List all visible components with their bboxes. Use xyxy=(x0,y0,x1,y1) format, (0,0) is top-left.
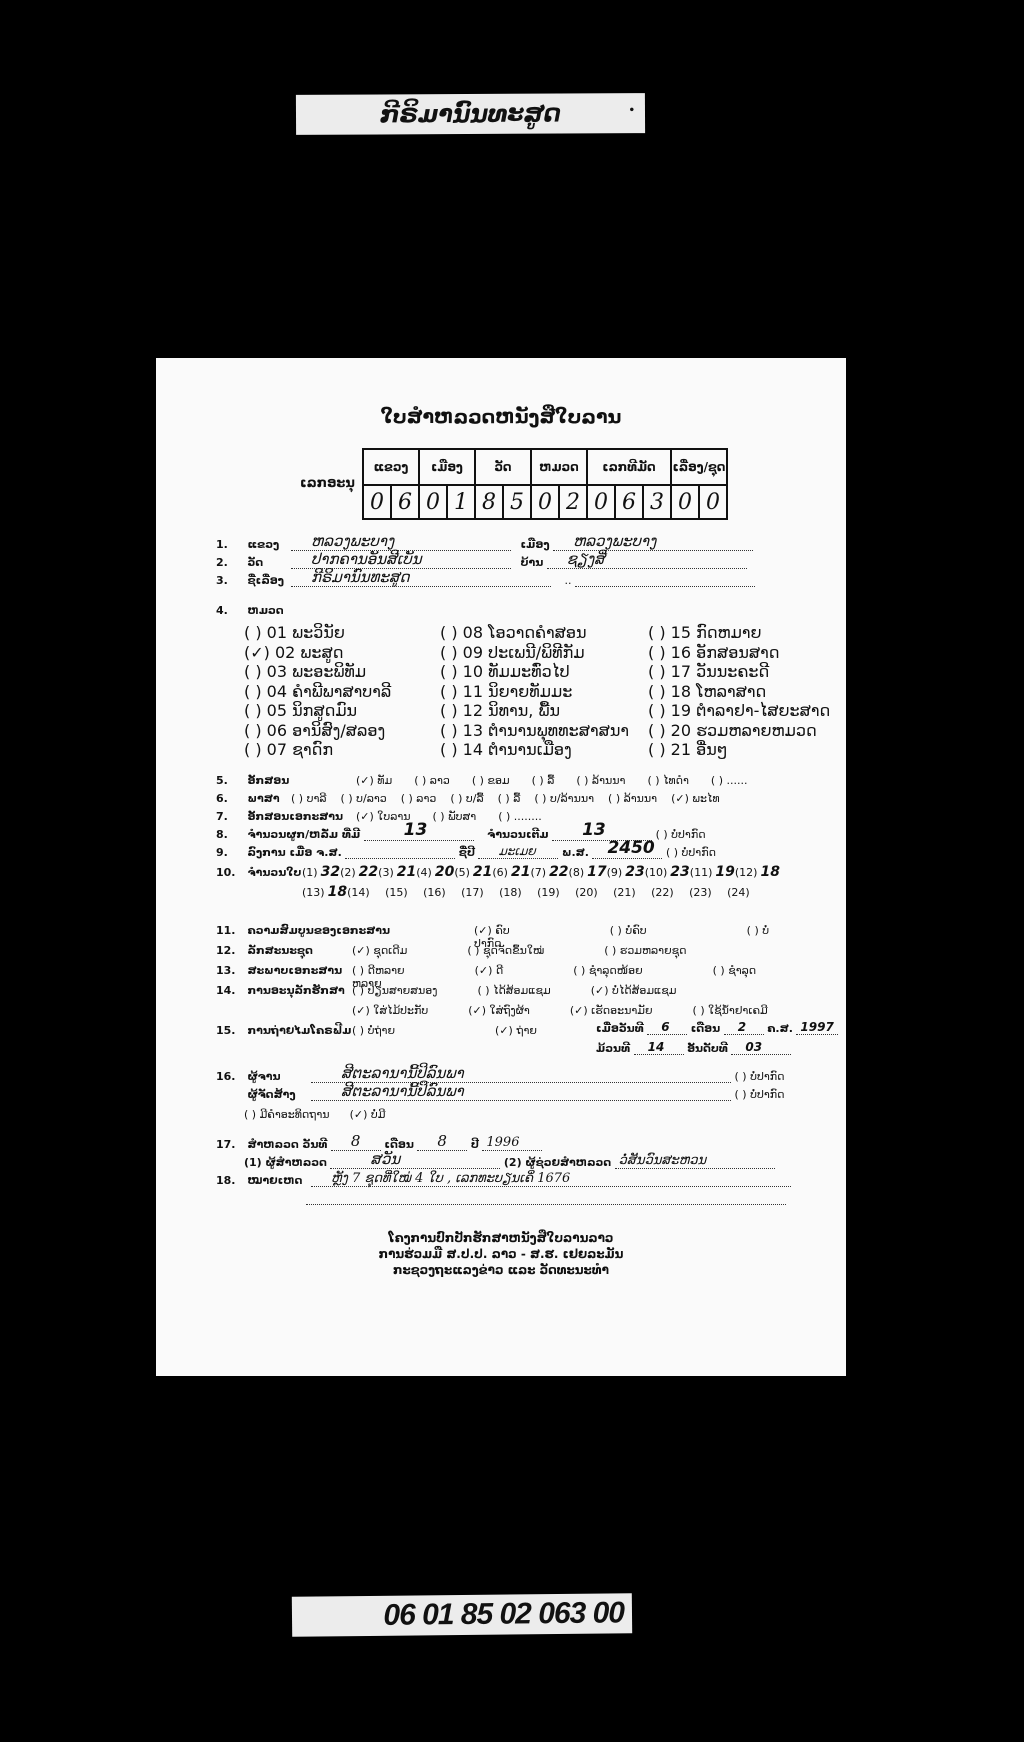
option-item[interactable]: (✓) ໃບລານ xyxy=(356,810,411,823)
category-option[interactable]: ( ) 19 ຕຳລາຢາ-ໄສຍະສາດ xyxy=(648,701,830,721)
code-digit[interactable]: 0 xyxy=(363,485,391,519)
category-label: 11 ນິຍາຍທັມມະ xyxy=(463,682,573,701)
code-digit[interactable]: 5 xyxy=(503,485,531,519)
be-year-field[interactable]: 2450 xyxy=(592,846,662,859)
inscription-options: ( ) ມີຄຳອະທິດຖານ(✓) ບໍ່ມີ xyxy=(244,1108,405,1121)
leaf-counts-row-1: (1)32(2)22(3)21(4)20(5)21(6)21(7)22(8)17… xyxy=(302,864,780,880)
field-17-surveyors: (1) ຜູ້ສຳຫລວດ ສວັນ (2) ຜູ້ຊ່ວຍສຳຫລວດ ວໍ່… xyxy=(244,1156,775,1169)
checkbox[interactable]: ( ) xyxy=(440,682,463,701)
option-item[interactable]: (✓) ໃສ່ໄມ້ປະກັບ xyxy=(352,1004,428,1017)
leaf-count: (7)22 xyxy=(530,864,568,880)
code-header-1: ເມືອງ xyxy=(419,449,475,485)
microfilm-options: ( ) ບໍ່ຖ່າຍ(✓) ຖ່າຍ xyxy=(352,1024,637,1037)
option-item[interactable]: ( ) ບາລີ xyxy=(291,792,327,805)
option-item[interactable]: ( ) ........ xyxy=(498,810,542,823)
checkbox[interactable]: ( ) xyxy=(648,740,671,759)
field-6: 6. ພາສາ xyxy=(216,792,280,805)
category-option[interactable]: ( ) 04 ຄຳພີພາສາບາລີ xyxy=(244,682,391,702)
option-item[interactable]: ( ) ຊຳລຸດໜ້ອຍ xyxy=(573,964,642,977)
option-item[interactable]: ( ) ...... xyxy=(711,774,748,787)
field-12: 12. ລັກສະນະຊຸດ xyxy=(216,944,313,957)
leaf-count: (20) xyxy=(575,884,613,900)
checkbox[interactable]: ( ) xyxy=(244,662,267,681)
code-header-5: ເລື່ອງ/ຊຸດ xyxy=(671,449,727,485)
field-5: 5. ອັກສອນ xyxy=(216,774,289,787)
field-2: 2. ວັດ ປາກຄານອັນສີເບັນ ບ້ານ ຊຽງສີ່ xyxy=(216,556,747,569)
checkbox[interactable]: ( ) xyxy=(244,740,267,759)
checkbox[interactable]: ( ) xyxy=(244,721,267,740)
code-digit[interactable]: 8 xyxy=(475,485,503,519)
option-item[interactable]: ( ) ບ/ລ້ານນາ xyxy=(534,792,594,805)
field-13: 13. ສະພາບເອກະສານ xyxy=(216,964,342,977)
checkbox[interactable]: ( ) xyxy=(440,643,463,662)
leaf-count: (4)20 xyxy=(416,864,454,880)
option-item[interactable]: (✓) ທັມ xyxy=(356,774,392,787)
film-day-field[interactable]: 6 xyxy=(647,1022,687,1035)
code-header-0: ແຂວງ xyxy=(363,449,419,485)
unknown-checkbox[interactable]: ( ) ບໍ່ປາກົດ xyxy=(735,1088,785,1101)
checkbox[interactable]: ( ) xyxy=(440,623,463,642)
field-11: 11. ຄວາມສົມບູນຂອງເອກະສານ xyxy=(216,924,390,937)
microfilm-roll: ມ້ວນທີ 14 ອັນດັບທີ 03 xyxy=(596,1042,791,1055)
roll-number-field[interactable]: 14 xyxy=(634,1042,684,1055)
leaf-count: (11)19 xyxy=(690,864,735,880)
field-9: 9. ລົງການ ເມື່ອ ຈ.ສ. ຊື່ປີ ມະເມຍ ພ.ສ. 24… xyxy=(216,846,716,859)
category-option[interactable]: ( ) 18 ໂຫລາສາດ xyxy=(648,682,830,702)
category-label: 13 ຕຳນານພຸທທະສາສນາ xyxy=(463,721,629,740)
strip-mark: • xyxy=(629,105,635,116)
option-item[interactable]: ( ) ບໍ່ຖ່າຍ xyxy=(352,1024,395,1037)
unknown-checkbox[interactable]: ( ) ບໍ່ປາກົດ xyxy=(666,846,716,859)
option-item[interactable]: ( ) ບໍ່ຄົບ xyxy=(610,924,647,937)
field-4: 4. ຫມວດ xyxy=(216,604,284,617)
option-item[interactable]: ( ) ໃຊ້ນ້ຳຢາເຄມີ xyxy=(693,1004,768,1017)
code-digit[interactable]: 3 xyxy=(643,485,671,519)
category-label: 14 ຕຳນານເມືອງ xyxy=(463,740,572,759)
category-label: 03 ພະອະພິທັມ xyxy=(267,662,366,681)
category-label: 05 ນິກສູດມົນ xyxy=(267,701,357,720)
field-7: 7. ອັກສອນເອກະສານ xyxy=(216,810,343,823)
script-options: (✓) ທັມ( ) ລາວ( ) ຂອມ( ) ລື້( ) ລ້ານນາ( … xyxy=(356,774,769,787)
category-column-2: ( ) 08 ໂອວາດຄຳສອນ( ) 09 ປະເພນີ/ພິທີກັມ( … xyxy=(440,623,629,760)
checkbox[interactable]: ( ) xyxy=(244,623,267,642)
checkbox[interactable]: ( ) xyxy=(244,682,267,701)
option-item[interactable]: ( ) ພັບສາ xyxy=(433,810,477,823)
checkbox[interactable]: ( ) xyxy=(440,721,463,740)
leaf-count: (13)18 xyxy=(302,884,347,900)
category-column-1: ( ) 01 ພະວິນັຍ(✓) 02 ພະສູດ( ) 03 ພະອະພິທ… xyxy=(244,623,391,760)
field-10: 10. ຈຳນວນໃບ xyxy=(216,866,301,879)
leaf-count: (1)32 xyxy=(302,864,340,880)
leaf-count: (5)21 xyxy=(454,864,492,880)
code-digit[interactable]: 6 xyxy=(615,485,643,519)
code-header-3: ຫມວດ xyxy=(531,449,587,485)
manuscript-code: 06 01 85 02 063 00 xyxy=(383,1596,624,1633)
category-label: 17 ວັນນະຄະດີ xyxy=(671,662,770,681)
field-1: 1. ແຂວງ ຫລວງພະບາງ ເມືອງ ຫລວງພະບາງ xyxy=(216,538,753,551)
checkbox[interactable]: ( ) xyxy=(440,662,463,681)
leaf-count: (22) xyxy=(651,884,689,900)
leaf-count: (3)21 xyxy=(378,864,416,880)
checkbox[interactable]: ( ) xyxy=(440,740,463,759)
option-item[interactable]: (✓) ຖ່າຍ xyxy=(495,1024,537,1037)
form-title: ໃບສຳຫລວດຫນັງສືໃບລານ xyxy=(156,406,846,428)
bundle-count-field[interactable]: 13 xyxy=(364,828,474,841)
header-title-strip: ກີຣິມານົນທະສູດ • xyxy=(296,93,645,135)
category-option[interactable]: ( ) 05 ນິກສູດມົນ xyxy=(244,701,391,721)
survey-year-field[interactable]: 1996 xyxy=(482,1138,542,1151)
option-item[interactable]: ( ) ໄທດຳ xyxy=(647,774,688,787)
leaf-count: (19) xyxy=(537,884,575,900)
code-digit[interactable]: 0 xyxy=(531,485,559,519)
option-item[interactable]: ( ) ລ້ານນາ xyxy=(608,792,657,805)
code-digit[interactable]: 0 xyxy=(587,485,615,519)
checkbox[interactable]: ( ) xyxy=(648,701,671,720)
leaf-count: (24) xyxy=(727,884,765,900)
category-option[interactable]: ( ) 07 ຊາດົກ xyxy=(244,740,391,760)
category-option[interactable]: ( ) 09 ປະເພນີ/ພິທີກັມ xyxy=(440,643,629,663)
film-year-field[interactable]: 1997 xyxy=(796,1022,838,1035)
option-item[interactable]: ( ) ລື້ xyxy=(532,774,555,787)
survey-form-page: ໃບສຳຫລວດຫນັງສືໃບລານ ເລກອະນຸ ແຂວງເມືອງວັດ… xyxy=(156,358,846,1376)
option-item[interactable]: ( ) ລາວ xyxy=(401,792,437,805)
set-options: (✓) ຊຸດເດີມ( ) ຊຸດຈັດຂຶ້ນໃໝ່( ) ຮວມຫລາຍຊ… xyxy=(352,944,747,957)
code-digit[interactable]: 2 xyxy=(559,485,587,519)
category-option[interactable]: ( ) 13 ຕຳນານພຸທທະສາສນາ xyxy=(440,721,629,741)
category-label: 21 ອື່ນໆ xyxy=(671,740,728,759)
category-label: 12 ນິທານ, ພື້ນ xyxy=(463,701,560,720)
checkbox[interactable]: ( ) xyxy=(648,682,671,701)
checkbox[interactable]: (✓) xyxy=(244,643,275,662)
code-digit[interactable]: 1 xyxy=(447,485,475,519)
film-month-field[interactable]: 2 xyxy=(724,1022,764,1035)
category-option[interactable]: (✓) 02 ພະສູດ xyxy=(244,643,391,663)
field-15: 15. ການຖ່າຍໄມໂຄຣຟີມ xyxy=(216,1024,351,1037)
field-3: 3. ຊື່ເລື່ອງ ກີຣິມານົນທະສູດ .. xyxy=(216,574,755,587)
option-item[interactable]: ( ) ບ/ລື້ xyxy=(450,792,483,805)
category-option[interactable]: ( ) 12 ນິທານ, ພື້ນ xyxy=(440,701,629,721)
code-digit[interactable]: 0 xyxy=(671,485,699,519)
category-option[interactable]: ( ) 08 ໂອວາດຄຳສອນ xyxy=(440,623,629,643)
option-item[interactable]: (✓) ໃສ່ຖົງຜ້າ xyxy=(468,1004,530,1017)
leaf-count: (15) xyxy=(385,884,423,900)
code-table: ແຂວງເມືອງວັດຫມວດເລກທີມັດເລື່ອງ/ຊຸດ 06018… xyxy=(362,448,728,520)
category-label: 18 ໂຫລາສາດ xyxy=(671,682,767,701)
category-option[interactable]: ( ) 21 ອື່ນໆ xyxy=(648,740,830,760)
option-item[interactable]: ( ) ດີຫລາຍ xyxy=(352,964,405,977)
checkbox[interactable]: ( ) xyxy=(648,643,671,662)
category-label: 04 ຄຳພີພາສາບາລີ xyxy=(267,682,392,701)
category-option[interactable]: ( ) 11 ນິຍາຍທັມມະ xyxy=(440,682,629,702)
leaf-count: (18) xyxy=(499,884,537,900)
code-header-2: ວັດ xyxy=(475,449,531,485)
category-column-3: ( ) 15 ກົດຫມາຍ( ) 16 ອັກສອນສາດ( ) 17 ວັນ… xyxy=(648,623,830,760)
option-item[interactable]: ( ) ລື້ xyxy=(498,792,521,805)
sponsor-field[interactable]: ສີຕະລານານີ້ປິລົນພາ xyxy=(311,1088,731,1101)
remarks-field-line-2[interactable] xyxy=(306,1192,786,1205)
checkbox[interactable]: ( ) xyxy=(648,662,671,681)
category-label: 10 ທັມມະທົ່ວໄປ xyxy=(463,662,570,681)
village-field[interactable]: ຊຽງສີ່ xyxy=(547,556,747,569)
leaf-count: (6)21 xyxy=(492,864,530,880)
category-option[interactable]: ( ) 03 ພະອະພິທັມ xyxy=(244,662,391,682)
bottom-code-strip: 06 01 85 02 063 00 xyxy=(292,1593,632,1637)
option-item[interactable]: ( ) ຮວມຫລາຍຊຸດ xyxy=(604,944,686,957)
option-item[interactable]: (✓) ບໍ່ມີ xyxy=(350,1108,386,1121)
unknown-checkbox[interactable]: ( ) ບໍ່ປາກົດ xyxy=(656,828,706,841)
year-name-field[interactable]: ມະເມຍ xyxy=(478,846,558,859)
option-item[interactable]: ( ) ບ/ລາວ xyxy=(341,792,387,805)
leaf-counts-row-2: (13)18(14)(15)(16)(17)(18)(19)(20)(21)(2… xyxy=(302,884,765,900)
option-item[interactable]: ( ) ໄດ້ສ້ອມແຊມ xyxy=(477,984,550,997)
code-header-4: ເລກທີມັດ xyxy=(587,449,671,485)
frame-number-field[interactable]: 03 xyxy=(731,1042,791,1055)
category-label: 06 ອານິສົງ/ສລອງ xyxy=(267,721,386,740)
field-14: 14. ການອະນຸລັກຮັກສາ xyxy=(216,984,345,997)
category-option[interactable]: ( ) 20 ຮວມຫລາຍຫມວດ xyxy=(648,721,830,741)
category-label: 20 ຮວມຫລາຍຫມວດ xyxy=(671,721,817,740)
unknown-checkbox[interactable]: ( ) ບໍ່ປາກົດ xyxy=(735,1070,785,1083)
checkbox[interactable]: ( ) xyxy=(244,701,267,720)
category-label: 08 ໂອວາດຄຳສອນ xyxy=(463,623,587,642)
option-item[interactable]: (✓) ພະໄທ xyxy=(671,792,719,805)
leaf-count: (21) xyxy=(613,884,651,900)
category-label: 19 ຕຳລາຢາ-ໄສຍະສາດ xyxy=(671,701,831,720)
category-option[interactable]: ( ) 17 ວັນນະຄະດີ xyxy=(648,662,830,682)
title-field[interactable]: ກີຣິມານົນທະສູດ xyxy=(291,574,551,587)
category-label: 16 ອັກສອນສາດ xyxy=(671,643,780,662)
option-item[interactable]: (✓) ຄົບ xyxy=(474,924,510,937)
title-extra-field[interactable] xyxy=(575,574,755,587)
cs-year-field[interactable] xyxy=(345,846,455,859)
conservation-options-2: (✓) ໃສ່ໄມ້ປະກັບ(✓) ໃສ່ຖົງຜ້າ(✓) ເຮັດອະນາ… xyxy=(352,1004,808,1017)
checkbox[interactable]: ( ) xyxy=(648,721,671,740)
conservation-options-1: ( ) ປ່ຽນສາຍສນອງ( ) ໄດ້ສ້ອມແຊມ(✓) ບໍ່ໄດ້ສ… xyxy=(352,984,717,997)
option-item[interactable]: (✓) ດີ xyxy=(475,964,504,977)
leaf-count: (10)23 xyxy=(645,864,690,880)
surveyor-field[interactable]: ສວັນ xyxy=(330,1156,500,1169)
category-label: 01 ພະວິນັຍ xyxy=(267,623,345,642)
option-item[interactable]: ( ) ລາວ xyxy=(414,774,450,787)
category-option[interactable]: ( ) 16 ອັກສອນສາດ xyxy=(648,643,830,663)
field-18: 18. ໝາຍເຫດ ຫຼັງ 7 ຊຸດທີ່ໃໝ່ 4 ໃບ , ເລກທະ… xyxy=(216,1174,791,1187)
category-label: 02 ພະສູດ xyxy=(275,643,344,662)
assistant-surveyor-field[interactable]: ວໍ່ສັນວົນສະຫວນ xyxy=(615,1156,775,1169)
category-label: 15 ກົດຫມາຍ xyxy=(671,623,762,642)
remarks-field[interactable]: ຫຼັງ 7 ຊຸດທີ່ໃໝ່ 4 ໃບ , ເລກທະບຽນເຄິ່ 167… xyxy=(311,1174,791,1187)
category-option[interactable]: ( ) 06 ອານິສົງ/ສລອງ xyxy=(244,721,391,741)
language-options: ( ) ບາລີ( ) ບ/ລາວ( ) ລາວ( ) ບ/ລື້( ) ລື້… xyxy=(291,792,734,805)
leaf-count: (23) xyxy=(689,884,727,900)
leaf-count: (8)17 xyxy=(569,864,607,880)
option-item[interactable]: ( ) ປ່ຽນສາຍສນອງ xyxy=(352,984,437,997)
checkbox[interactable]: ( ) xyxy=(648,623,671,642)
code-label: ເລກອະນຸ xyxy=(300,476,355,491)
form-footer: ໂຄງການປົກປັກຮັກສາຫນັງສືໃບລານລາວ ການຮ່ວມມ… xyxy=(156,1230,846,1278)
option-item[interactable]: (✓) ບໍ່ໄດ້ສ້ອມແຊມ xyxy=(591,984,677,997)
leaf-count: (14) xyxy=(347,884,385,900)
category-option[interactable]: ( ) 15 ກົດຫມາຍ xyxy=(648,623,830,643)
survey-month-field[interactable]: 8 xyxy=(417,1138,467,1151)
option-item[interactable]: (✓) ຊຸດເດີມ xyxy=(352,944,407,957)
leaf-count: (12)18 xyxy=(735,864,780,880)
checkbox[interactable]: ( ) xyxy=(440,701,463,720)
leaf-count: (16) xyxy=(423,884,461,900)
field-16b: ຜູ້ຈັດສ້າງ ສີຕະລານານີ້ປິລົນພາ ( ) ບໍ່ປາກ… xyxy=(216,1088,785,1101)
material-options: (✓) ໃບລານ( ) ພັບສາ( ) ........ xyxy=(356,810,564,823)
category-label: 09 ປະເພນີ/ພິທີກັມ xyxy=(463,643,585,662)
code-digit[interactable]: 0 xyxy=(699,485,727,519)
leaf-count: (17) xyxy=(461,884,499,900)
category-label: 07 ຊາດົກ xyxy=(267,740,333,759)
code-digit[interactable]: 6 xyxy=(391,485,419,519)
option-item[interactable]: ( ) ຊຸດຈັດຂຶ້ນໃໝ່ xyxy=(467,944,544,957)
code-digit[interactable]: 0 xyxy=(419,485,447,519)
option-item[interactable]: (✓) ເຮັດອະນາມັຍ xyxy=(570,1004,653,1017)
option-item[interactable]: ( ) ຂອມ xyxy=(472,774,510,787)
manuscript-title: ກີຣິມານົນທະສູດ xyxy=(380,100,561,129)
leaf-count: (9)23 xyxy=(607,864,645,880)
category-option[interactable]: ( ) 14 ຕຳນານເມືອງ xyxy=(440,740,629,760)
leaf-count: (2)22 xyxy=(340,864,378,880)
microfilm-date: ເມື່ອວັນທີ 6 ເດືອນ 2 ຄ.ສ. 1997 xyxy=(596,1022,838,1035)
option-item[interactable]: ( ) ມີຄຳອະທິດຖານ xyxy=(244,1108,330,1121)
option-item[interactable]: ( ) ລ້ານນາ xyxy=(576,774,625,787)
category-option[interactable]: ( ) 10 ທັມມະທົ່ວໄປ xyxy=(440,662,629,682)
category-option[interactable]: ( ) 01 ພະວິນັຍ xyxy=(244,623,391,643)
field-16: 16. ຜູ້ຈານ ສີຕະລານານີ້ປິລົນພາ ( ) ບໍ່ປາກ… xyxy=(216,1070,785,1083)
